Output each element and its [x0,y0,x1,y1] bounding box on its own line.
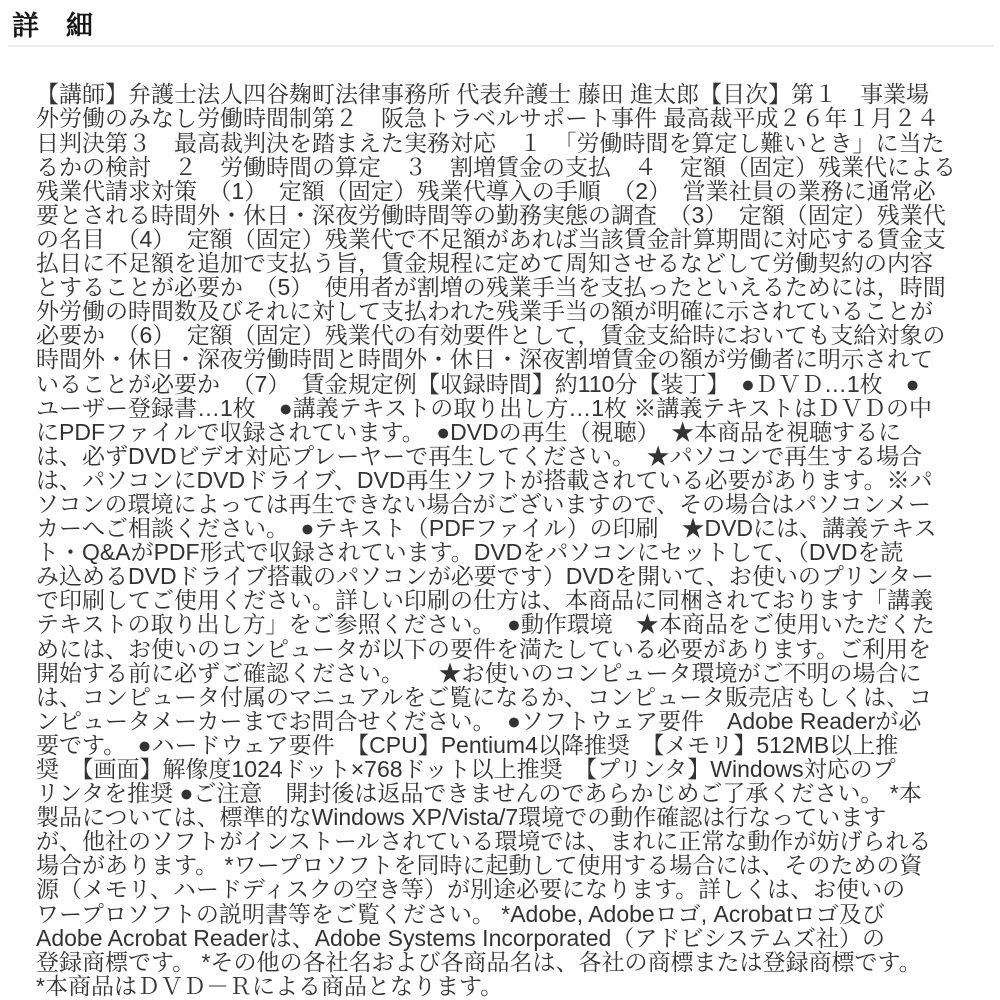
detail-text-line: いることが必要か （7） 賃金規定例【収録時間】約110分【装丁】 ●ＤＶＤ…1… [36,372,998,396]
detail-text-line: ユーザー登録書…1枚 ●講義テキストの取り出し方…1枚 ※講義テキストはＤＶＤの… [36,396,998,420]
detail-text-line: は、コンピュータ付属のマニュアルをご覧になるか、コンピュータ販売店もしくは、コ [36,685,998,709]
detail-text-line: の名目 （4） 定額（固定）残業代で不足額があれば当該賃金計算期間に対応する賃金… [36,227,998,251]
page-title: 詳 細 [0,0,1000,42]
detail-text-line: は、パソコンにDVDドライブ、DVD再生ソフトが搭載されている必要があります。※… [36,468,998,492]
product-detail-page: { "page": { "title": "詳 細" }, "colors": … [0,0,1000,1000]
detail-text-line: るかの検討 ２ 労働時間の算定 ３ 割増賃金の支払 ４ 定額（固定）残業代による [36,155,998,179]
detail-text-line: 登録商標です。 *その他の各社名および各商品名は、各社の商標または登録商標です。 [36,950,998,974]
detail-text-line: とすることが必要か （5） 使用者が割増の残業手当を支払ったといえるためには，時… [36,275,998,299]
detail-text-line: ンピュータメーカーまでお問合せください。 ●ソフトウェア要件 Adobe Rea… [36,709,998,733]
detail-text-line: 【講師】弁護士法人四谷麹町法律事務所 代表弁護士 藤田 進太郎【目次】第１ 事業… [36,82,998,106]
detail-text-line: ワープロソフトの説明書等をご覧ください。 *Adobe, Adobeロゴ, Ac… [36,902,998,926]
detail-text-line: 製品については、標準的なWindows XP/Vista/7環境での動作確認は行… [36,805,998,829]
detail-text-line: 奨 【画面】解像度1024ドット×768ドット以上推奨 【プリンタ】Window… [36,757,998,781]
detail-text-line: Adobe Acrobat Readerは、Adobe Systems Inco… [36,926,998,950]
detail-text: 【講師】弁護士法人四谷麹町法律事務所 代表弁護士 藤田 進太郎【目次】第１ 事業… [36,82,998,998]
detail-text-line: み込めるDVDドライブ搭載のパソコンが必要です）DVDを開いて、お使いのプリンタ… [36,564,998,588]
detail-text-line: 日判決第３ 最高裁判決を踏まえた実務対応 １ 「労働時間を算定し難いとき」に当た [36,131,998,155]
detail-text-line: にPDFファイルで収録されています。 ●DVDの再生（視聴） ★本商品を視聴する… [36,420,998,444]
detail-text-line: 時間外・休日・深夜労働時間と時間外・休日・深夜割増賃金の額が労働者に明示されて [36,347,998,371]
detail-text-line: が、他社のソフトがインストールされている環境では、まれに正常な動作が妨げられる [36,829,998,853]
detail-text-line: で印刷してご使用ください。詳しい印刷の仕方は、本商品に同梱されております「講義 [36,588,998,612]
detail-text-line: 残業代請求対策 （1） 定額（固定）残業代導入の手順 （2） 営業社員の業務に通… [36,179,998,203]
detail-text-line: ソコンの環境によっては再生できない場合がございますので、その場合はパソコンメー [36,492,998,516]
detail-text-line: カーへご相談ください。 ●テキスト（PDFファイル）の印刷 ★DVDには、講義テ… [36,516,998,540]
detail-text-line: 要とされる時間外・休日・深夜労働時間等の勤務実態の調査 （3） 定額（固定）残業… [36,203,998,227]
detail-text-line: 開始する前に必ずご確認ください。 ★お使いのコンピュータ環境がご不明の場合に [36,661,998,685]
detail-text-line: テキストの取り出し方」をご参照ください。 ●動作環境 ★本商品をご使用いただくた [36,612,998,636]
detail-text-line: 要です。 ●ハードウェア要件 【CPU】Pentium4以降推奨 【メモリ】51… [36,733,998,757]
detail-text-line: ト・Q&AがPDF形式で収録されています。DVDをパソコンにセットして、（DVD… [36,540,998,564]
detail-text-line: 外労働の時間数及びそれに対して支払われた残業手当の額が明確に示されていることが [36,299,998,323]
detail-text-line: 場合があります。 *ワープロソフトを同時に起動して使用する場合には、そのための資 [36,853,998,877]
detail-text-line: *本商品はＤＶＤ－Ｒによる商品となります。 [36,974,998,998]
title-divider [8,45,994,47]
detail-text-line: 必要か （6） 定額（固定）残業代の有効要件として，賃金支給時においても支給対象… [36,323,998,347]
detail-text-line: 源（メモリ、ハードディスクの空き等）が別途必要になります。詳しくは、お使いの [36,877,998,901]
detail-text-line: リンタを推奨 ●ご注意 開封後は返品できませんのであらかじめご了承ください。 *… [36,781,998,805]
detail-text-line: 払日に不足額を追加で支払う旨，賃金規程に定めて周知させるなどして労働契約の内容 [36,251,998,275]
detail-text-line: めには、お使いのコンピュータが以下の要件を満たしている必要があります。ご利用を [36,637,998,661]
detail-text-line: 外労働のみなし労働時間制第２ 阪急トラベルサポート事件 最高裁平成２６年１月２４ [36,106,998,130]
detail-text-line: は、必ずDVDビデオ対応プレーヤーで再生してください。 ★パソコンで再生する場合 [36,444,998,468]
